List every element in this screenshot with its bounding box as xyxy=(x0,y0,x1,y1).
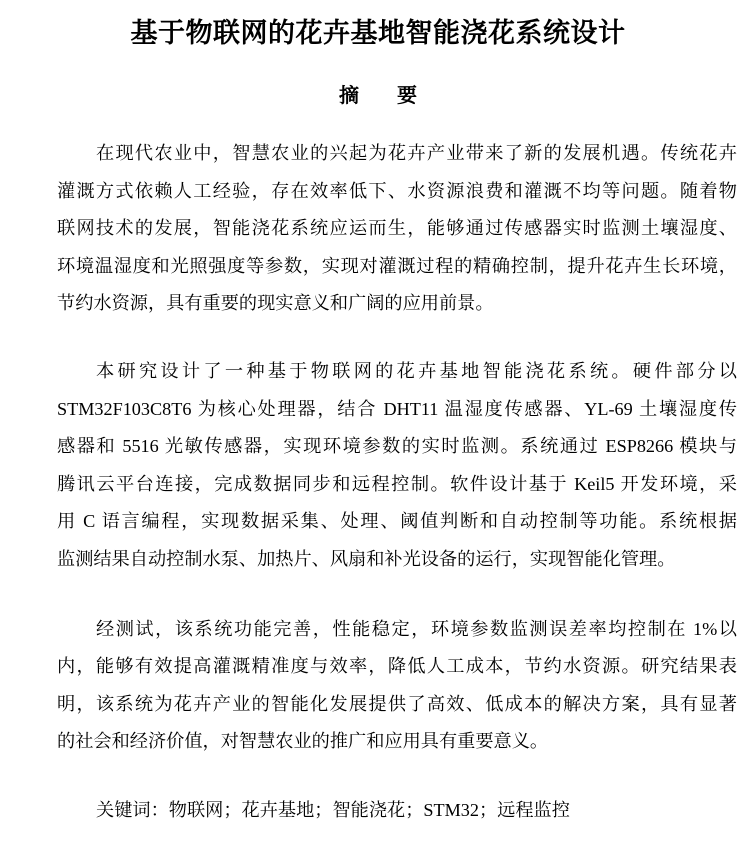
abstract-heading-char-2: 要 xyxy=(397,80,417,110)
keywords: 关键词：物联网；花卉基地；智能浇花；STM32；远程监控 xyxy=(96,796,570,824)
text-line: 内，能够有效提高灌溉精准度与效率，降低人工成本，节约水资源。研究结果表 xyxy=(57,652,737,680)
text-line: 经测试，该系统功能完善，性能稳定，环境参数监测误差率均控制在 1%以 xyxy=(96,615,737,643)
text-line: 感器和 5516 光敏传感器，实现环境参数的实时监测。系统通过 ESP8266 … xyxy=(57,432,737,460)
text-line: 的社会和经济价值，对智慧农业的推广和应用具有重要意义。 xyxy=(57,727,737,755)
text-line: STM32F103C8T6 为核心处理器，结合 DHT11 温湿度传感器、YL-… xyxy=(57,395,737,423)
text-line: 本研究设计了一种基于物联网的花卉基地智能浇花系统。硬件部分以 xyxy=(96,357,737,385)
text-line: 联网技术的发展，智能浇花系统应运而生，能够通过传感器实时监测土壤湿度、 xyxy=(57,214,737,242)
text-line: 环境温湿度和光照强度等参数，实现对灌溉过程的精确控制，提升花卉生长环境， xyxy=(57,252,737,280)
abstract-heading-char-1: 摘 xyxy=(339,80,359,110)
text-line: 在现代农业中，智慧农业的兴起为花卉产业带来了新的发展机遇。传统花卉 xyxy=(96,139,737,167)
text-line: 节约水资源，具有重要的现实意义和广阔的应用前景。 xyxy=(57,289,737,317)
abstract-heading: 摘要 xyxy=(0,80,756,110)
text-line: 灌溉方式依赖人工经验，存在效率低下、水资源浪费和灌溉不均等问题。随着物 xyxy=(57,177,737,205)
text-line: 用 C 语言编程，实现数据采集、处理、阈值判断和自动控制等功能。系统根据 xyxy=(57,507,737,535)
text-line: 腾讯云平台连接，完成数据同步和远程控制。软件设计基于 Keil5 开发环境，采 xyxy=(57,470,737,498)
text-line: 明，该系统为花卉产业的智能化发展提供了高效、低成本的解决方案，具有显著 xyxy=(57,690,737,718)
text-line: 监测结果自动控制水泵、加热片、风扇和补光设备的运行，实现智能化管理。 xyxy=(57,545,737,573)
paper-title: 基于物联网的花卉基地智能浇花系统设计 xyxy=(0,14,756,54)
